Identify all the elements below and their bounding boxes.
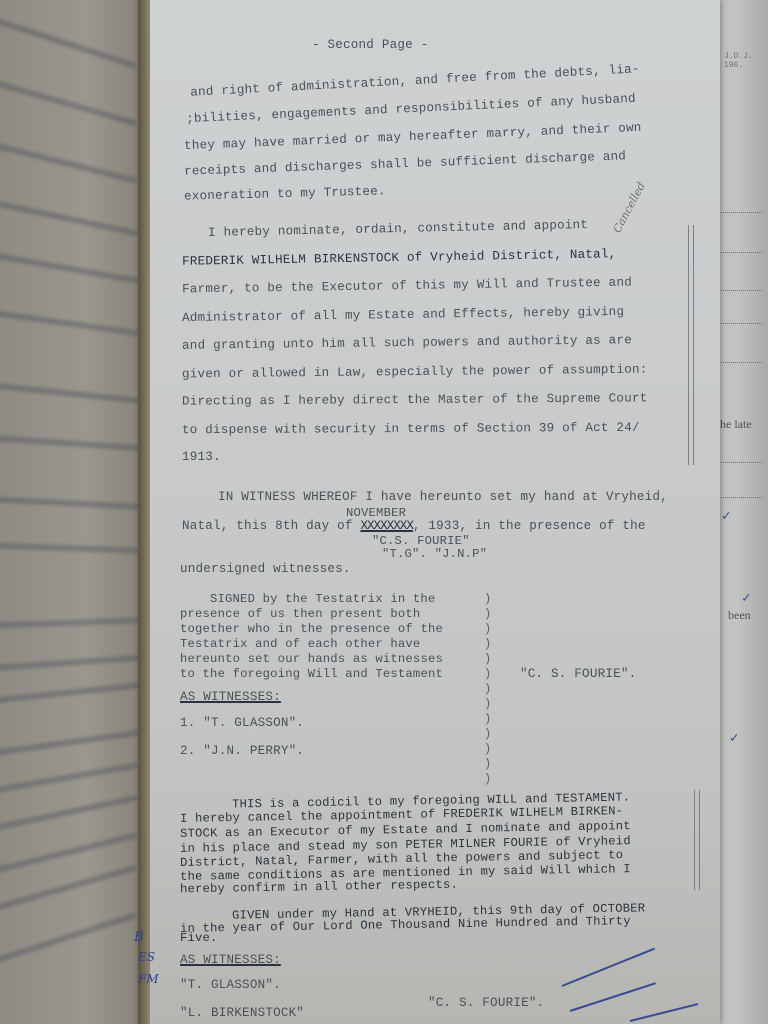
signature-scribble	[630, 1003, 698, 1022]
page-heading: - Second Page -	[312, 38, 428, 52]
text-line: undersigned witnesses.	[180, 562, 351, 576]
text-line: receipts and discharges shall be suffici…	[184, 149, 626, 178]
witness-2: 2. "J.N. PERRY".	[180, 744, 304, 758]
signature-scribble	[562, 948, 655, 987]
attestation-line: to the foregoing Will and Testament	[180, 667, 443, 682]
blue-initial: B	[134, 930, 144, 945]
will-second-page: - Second Page - and right of administrat…	[150, 0, 720, 1024]
text-line: I hereby nominate, ordain, constitute an…	[208, 218, 588, 240]
attestation-line: presence of us then present both	[180, 607, 420, 622]
codicil-witness-2: "L. BIRKENSTOCK"	[180, 1006, 304, 1020]
codicil-testatrix-signature: "C. S. FOURIE".	[428, 996, 544, 1010]
initials-note: "T.G". "J.N.P"	[382, 547, 487, 562]
checkmark-icon: ✓	[730, 730, 738, 747]
checkmark-icon: ✓	[742, 590, 750, 607]
blue-initial: ES	[138, 950, 155, 964]
attestation-line: Testatrix and of each other have	[180, 637, 420, 652]
attestation-line: hereunto set our hands as witnesses	[180, 652, 443, 667]
signature-scribble	[570, 982, 656, 1012]
text-line: Natal, this 8th day of XXXXXXXX, 1933, i…	[182, 519, 646, 533]
witness-1: 1. "T. GLASSON".	[180, 716, 304, 730]
struck-month: XXXXXXXX	[360, 519, 412, 533]
date-prefix: Natal, this 8th day of	[182, 519, 360, 533]
checkmark-icon: ✓	[722, 508, 730, 525]
text-line: 1913.	[182, 450, 221, 464]
attestation-line: together who in the presence of the	[180, 622, 443, 637]
text-line: and granting unto him all such powers an…	[182, 333, 632, 352]
witnesses-heading: AS WITNESSES:	[180, 690, 281, 704]
page-fragment: been	[728, 608, 751, 623]
codicil-witness-1: "T. GLASSON".	[180, 978, 281, 992]
witnesses-heading: AS WITNESSES:	[180, 953, 281, 967]
margin-bracket	[694, 790, 700, 890]
text-line: IN WITNESS WHEREOF I have hereunto set m…	[218, 490, 668, 504]
text-line: given or allowed in Law, especially the …	[182, 363, 648, 382]
attestation-line: SIGNED by the Testatrix in the	[210, 592, 435, 607]
pencil-annotation: Cancelled	[611, 180, 648, 235]
brace-column: )))))))))))))	[484, 592, 491, 787]
text-line: Directing as I hereby direct the Master …	[182, 391, 648, 408]
text-line: they may have married or may hereafter m…	[184, 121, 642, 153]
text-line: to dispense with security in terms of Se…	[182, 421, 640, 437]
text-line: Farmer, to be the Executor of this my Wi…	[182, 275, 632, 296]
page-fragment: he late	[720, 417, 752, 432]
text-line: FREDERIK WILHELM BIRKENSTOCK of Vryheid …	[182, 247, 617, 269]
margin-bracket	[688, 225, 694, 465]
page-reference: J.D.J. 196.	[724, 52, 768, 70]
date-suffix: , 1933, in the presence of the	[413, 519, 646, 533]
testatrix-signature: "C. S. FOURIE".	[520, 667, 636, 681]
given-line: Five.	[180, 931, 218, 946]
text-line: ;bilities, engagements and responsibilit…	[186, 92, 636, 126]
text-line: exoneration to my Trustee.	[184, 184, 386, 203]
adjacent-left-page	[0, 0, 145, 1024]
blue-initial: FM	[138, 972, 159, 986]
text-line: Administrator of all my Estate and Effec…	[182, 305, 624, 325]
